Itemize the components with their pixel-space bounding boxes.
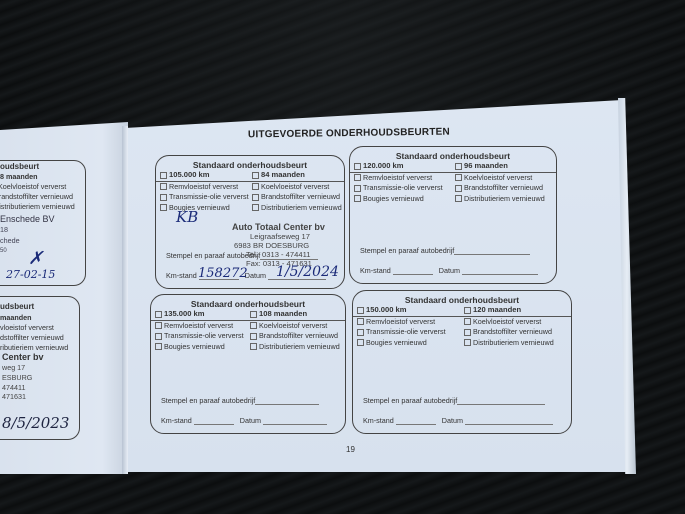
checkbox[interactable] [464,318,471,325]
checkbox[interactable] [455,174,462,181]
left-top-stamp-3: 50 [0,246,7,256]
stamp-field: Stempel en paraaf autobedrijf [363,396,545,405]
service-item[interactable]: Koelvloeistof ververst [252,182,344,193]
checkbox[interactable] [357,339,364,346]
card-header: Standaard onderhoudsbeurt [350,151,556,161]
checkbox[interactable] [354,174,361,181]
checkbox[interactable] [354,185,361,192]
km-label: 135.000 km [164,309,205,318]
checkbox[interactable] [357,329,364,336]
checkbox[interactable] [455,185,462,192]
left-top-handwritten-date: 27-02-15 [6,268,55,281]
left-bottom-stamp-2: ESBURG [2,373,32,383]
service-item[interactable]: Brandstoffilter vernieuwd [455,183,556,194]
stamp-label: Stempel en paraaf autobedrijf [363,396,457,405]
checkbox[interactable] [464,329,471,336]
km-date-row: Km-stand Datum [363,416,553,425]
stamp-street: Leigraafseweg 17 [232,232,325,241]
service-item[interactable]: Bougies vernieuwd [155,342,250,353]
checkbox[interactable] [354,163,361,170]
stamp-field: Stempel en paraaf autobedrijf [161,396,319,405]
checkbox[interactable] [250,333,257,340]
km-checkbox-row[interactable]: 135.000 km [155,309,250,320]
left-bottom-stamp-0: Center bv [2,352,44,362]
left-top-item-0: Koelvloeistof ververst [0,182,66,192]
checkbox[interactable] [160,194,167,201]
service-item-label: Distributieriem vernieuwd [261,203,342,212]
service-item-label: Transmissie-olie ververst [366,327,446,336]
service-item-label: Distributieriem vernieuwd [464,194,545,203]
service-item-label: Remvloeistof ververst [363,173,432,182]
checkbox[interactable] [155,322,162,329]
checkbox[interactable] [155,343,162,350]
service-item-label: Koelvloeistof ververst [261,182,329,191]
km-stand-label: Km-stand [360,266,391,275]
left-bottom-handwritten-date: 8/5/2023 [2,414,69,432]
checkbox[interactable] [455,163,462,170]
date-label: Datum [442,416,463,425]
service-item-label: Bougies vernieuwd [363,194,424,203]
months-label: 108 maanden [259,309,307,318]
card-header: Standaard onderhoudsbeurt [151,299,345,309]
service-item-label: Koelvloeistof ververst [464,173,532,182]
service-item-label: Brandstoffilter vernieuwd [259,331,338,340]
service-card-3: Standaard onderhoudsbeurt135.000 km108 m… [150,294,346,434]
service-item-label: Distributieriem vernieuwd [473,338,554,347]
months-checkbox-row[interactable]: 108 maanden [250,309,345,320]
months-checkbox-row[interactable]: 84 maanden [252,170,344,181]
service-item-label: Brandstoffilter vernieuwd [473,327,552,336]
date-label: Datum [439,266,460,275]
service-item[interactable]: Transmissie-olie ververst [354,183,455,194]
left-bottom-item-1: dstoffilter vernieuwd [0,333,64,343]
checkbox[interactable] [354,195,361,202]
months-label: 96 maanden [464,161,508,170]
left-top-item-1: Brandstoffilter vernieuwd [0,192,73,202]
handwritten-km: 158272 [198,266,248,281]
service-item-label: Bougies vernieuwd [366,338,427,347]
service-item[interactable]: Koelvloeistof ververst [250,321,345,332]
months-label: 84 maanden [261,170,305,179]
km-date-row: Km-stand Datum [360,266,538,275]
stamp-label: Stempel en paraaf autobedrijf [360,246,454,255]
service-item[interactable]: Bougies vernieuwd [354,194,455,205]
checkbox[interactable] [155,311,162,318]
service-item[interactable]: Distributieriem vernieuwd [464,338,571,349]
service-item[interactable]: Distributieriem vernieuwd [250,342,345,353]
service-item-label: Transmissie-olie ververst [164,331,244,340]
checkbox[interactable] [252,204,259,211]
months-checkbox-row[interactable]: 120 maanden [464,305,571,316]
months-checkbox-row[interactable]: 96 maanden [455,161,556,172]
left-top-stamp-1: 18 [0,225,8,235]
service-item-label: Brandstoffilter vernieuwd [261,192,340,201]
left-top-card-months: 8 maanden [0,172,38,182]
service-item[interactable]: Remvloeistof ververst [160,182,252,193]
service-item[interactable]: Brandstoffilter vernieuwd [250,331,345,342]
km-stand-label: Km-stand [166,271,197,280]
checkbox[interactable] [160,183,167,190]
handwritten-date: 1/5/2024 [276,264,339,280]
left-bottom-stamp-4: 471631 [2,392,26,402]
km-date-row: Km-stand Datum [161,416,327,425]
service-item-label: Distributieriem vernieuwd [259,342,340,351]
service-card-4: Standaard onderhoudsbeurt150.000 km120 m… [352,290,572,434]
service-item-label: Bougies vernieuwd [164,342,225,351]
book-spine [122,126,128,474]
stamp-label: Stempel en paraaf autobedrijf [161,396,255,405]
service-item[interactable]: Brandstoffilter vernieuwd [464,327,571,338]
service-item-label: Koelvloeistof ververst [259,321,327,330]
left-top-stamp-0: Enschede BV [0,214,55,224]
service-item[interactable]: Distributieriem vernieuwd [252,203,344,214]
left-top-stamp-2: chede [0,236,20,246]
date-label: Datum [240,416,261,425]
stamp-phone: Tel.: 0313 - 474411 [232,250,325,259]
service-item[interactable]: Transmissie-olie ververst [357,327,464,338]
service-item[interactable]: Koelvloeistof ververst [464,317,571,328]
km-label: 105.000 km [169,170,210,179]
service-item-label: Remvloeistof ververst [164,321,233,330]
checkbox[interactable] [160,204,167,211]
stamp-field: Stempel en paraaf autobedrijf [360,246,530,255]
service-item[interactable]: Remvloeistof ververst [357,317,464,328]
service-item[interactable]: Bougies vernieuwd [357,338,464,349]
km-label: 120.000 km [363,161,404,170]
service-item-label: Remvloeistof ververst [169,182,238,191]
service-item-label: Koelvloeistof ververst [473,317,541,326]
checkbox[interactable] [160,172,167,179]
left-bottom-card-months: maanden [0,313,32,323]
service-card-2: Standaard onderhoudsbeurt120.000 km96 ma… [349,146,557,284]
months-label: 120 maanden [473,305,521,314]
service-item-label: Transmissie-olie ververst [169,192,249,201]
service-item[interactable]: Remvloeistof ververst [155,321,250,332]
checkbox[interactable] [250,322,257,329]
km-checkbox-row[interactable]: 105.000 km [160,170,252,181]
checkbox[interactable] [250,311,257,318]
checkbox[interactable] [357,307,364,314]
service-item[interactable]: Transmissie-olie ververst [155,331,250,342]
handwritten-initials: KB [176,208,198,226]
service-item[interactable]: Remvloeistof ververst [354,173,455,184]
dealer-stamp: Auto Totaal Center bv Leigraafseweg 17 6… [232,223,325,268]
service-item[interactable]: Brandstoffilter vernieuwd [252,192,344,203]
km-stand-label: Km-stand [161,416,192,425]
service-item[interactable]: Distributieriem vernieuwd [455,194,556,205]
checkbox[interactable] [455,195,462,202]
card-header: Standaard onderhoudsbeurt [353,295,571,305]
date-label: Datum [245,271,266,280]
checkbox[interactable] [252,183,259,190]
km-checkbox-row[interactable]: 150.000 km [357,305,464,316]
service-item-label: Brandstoffilter vernieuwd [464,183,543,192]
card-header: Standaard onderhoudsbeurt [156,160,344,170]
left-top-card-header: oudsbeurt [0,162,39,172]
km-stand-label: Km-stand [363,416,394,425]
checkbox[interactable] [155,333,162,340]
left-bottom-stamp-1: weg 17 [2,363,25,373]
km-label: 150.000 km [366,305,407,314]
stamp-company: Auto Totaal Center bv [232,223,325,232]
left-top-signature: ✗ [28,248,43,269]
page-number: 19 [346,445,355,454]
left-bottom-item-0: vloeistof ververst [0,323,54,333]
checkbox[interactable] [252,194,259,201]
stamp-city: 6983 BR DOESBURG [232,241,325,250]
km-checkbox-row[interactable]: 120.000 km [354,161,455,172]
checkbox[interactable] [464,339,471,346]
service-item[interactable]: Koelvloeistof ververst [455,173,556,184]
left-top-item-2: Distributieriem vernieuwd [0,202,75,212]
checkbox[interactable] [357,318,364,325]
checkbox[interactable] [250,343,257,350]
checkbox[interactable] [464,307,471,314]
service-item[interactable]: Bougies vernieuwd [160,203,252,214]
service-item-label: Remvloeistof ververst [366,317,435,326]
checkbox[interactable] [252,172,259,179]
service-item[interactable]: Transmissie-olie ververst [160,192,252,203]
service-item-label: Transmissie-olie ververst [363,183,443,192]
left-bottom-card-header: udsbeurt [0,302,34,312]
